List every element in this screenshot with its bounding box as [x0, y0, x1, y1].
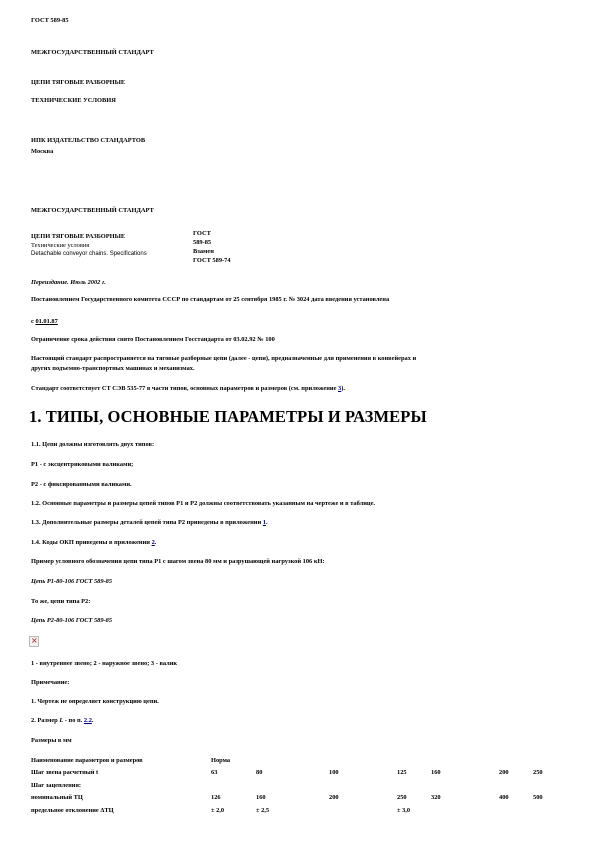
- decree-text: Постановлением Государственного комитета…: [31, 297, 389, 303]
- figure-caption: 1 - внутреннее звено; 2 - наружное звено…: [31, 661, 177, 667]
- note-2-mid: - по п.: [63, 717, 84, 724]
- table-cell: 160: [256, 795, 266, 801]
- table-cell: 400: [499, 795, 509, 801]
- title-block-title-ru: ЦЕПИ ТЯГОВЫЕ РАЗБОРНЫЕ: [31, 233, 125, 240]
- para-1-1: 1.1. Цепи должны изготовлять двух типов:: [31, 442, 154, 448]
- publisher: ИПК ИЗДАТЕЛЬСТВО СТАНДАРТОВ: [31, 138, 145, 144]
- table-cell: 80: [256, 770, 262, 776]
- units-note: Размеры в мм: [31, 738, 72, 744]
- title-block-gost-label: ГОСТ: [193, 230, 211, 237]
- para-1-2: 1.2. Основные параметры и размеры цепей …: [31, 501, 375, 507]
- scope-line-1: Настоящий стандарт распространяется на т…: [31, 356, 416, 362]
- para-1-3-suffix: .: [266, 519, 268, 526]
- compliance-prefix: Стандарт соответствует СТ СЭВ 535-77 в ч…: [31, 385, 338, 392]
- table-row-label: Шаг звена расчетный t: [31, 770, 98, 776]
- title-block-title-en: Detachable conveyor chains. Specificatio…: [31, 251, 147, 257]
- table-cell: ± 2,5: [256, 808, 269, 814]
- table-cell: 250: [533, 770, 543, 776]
- table-cell: 200: [329, 795, 339, 801]
- note-2-prefix: 2. Размер: [31, 717, 59, 724]
- broken-image-icon: ×: [29, 636, 39, 647]
- type-p2: Р2 - с фиксированными валиками.: [31, 482, 132, 488]
- para-1-3-text: 1.3. Дополнительные размеры деталей цепе…: [31, 519, 263, 526]
- example-designation-p2: Цепь Р2-80-106 ГОСТ 589-85: [31, 618, 112, 624]
- same-for-p2: То же, цепи типа Р2:: [31, 599, 90, 605]
- para-1-3: 1.3. Дополнительные размеры деталей цепе…: [31, 520, 268, 526]
- table-cell: 125: [397, 770, 407, 776]
- title-block-gost-number: 589-85: [193, 239, 211, 246]
- table-cell: 200: [499, 770, 509, 776]
- title-block-replaces-label: Взамен: [193, 248, 214, 255]
- note-1: 1. Чертеж не определяет конструкцию цепи…: [31, 699, 159, 705]
- table-row-label: Шаг зацепления:: [31, 783, 81, 789]
- table-cell: 63: [211, 770, 217, 776]
- title-block-standard-type: МЕЖГОСУДАРСТВЕННЫЙ СТАНДАРТ: [31, 208, 154, 214]
- type-p1: Р1 - с эксцентриковыми валиками;: [31, 462, 133, 468]
- note-2: 2. Размер L - по п. 2.2.: [31, 718, 94, 724]
- document-title: ЦЕПИ ТЯГОВЫЕ РАЗБОРНЫЕ: [31, 80, 125, 86]
- clause-2-2-link[interactable]: 2.2: [84, 717, 92, 724]
- broken-image-x-icon: ×: [31, 636, 38, 645]
- table-header-parameter: Наименование параметров и размеров: [31, 758, 143, 764]
- compliance-suffix: ).: [341, 385, 345, 392]
- table-cell: 100: [329, 770, 339, 776]
- table-cell: 320: [431, 795, 441, 801]
- table-cell: 160: [431, 770, 441, 776]
- para-1-4: 1.4. Коды ОКП приведены в приложении 2.: [31, 540, 156, 546]
- gost-number: ГОСТ 589-85: [31, 18, 69, 24]
- compliance-text: Стандарт соответствует СТ СЭВ 535-77 в ч…: [31, 386, 345, 392]
- effective-date-value: 01.01.87: [35, 318, 57, 325]
- table-cell: ± 2,0: [211, 808, 224, 814]
- standard-type: МЕЖГОСУДАРСТВЕННЫЙ СТАНДАРТ: [31, 50, 154, 56]
- title-block-subtitle-ru: Технические условия: [31, 242, 89, 249]
- notes-title: Примечание:: [31, 680, 69, 686]
- scope-line-2: других подъемно-транспортных машинах и м…: [31, 366, 195, 372]
- example-designation-p1: Цепь Р1-80-106 ГОСТ 589-85: [31, 579, 112, 585]
- document-subtitle: ТЕХНИЧЕСКИЕ УСЛОВИЯ: [31, 98, 116, 104]
- table-cell: 250: [397, 795, 407, 801]
- figure-caption-text: 1 - внутреннее звено; 2 - наружное звено…: [31, 660, 177, 667]
- title-block-replaces: ГОСТ 589-74: [193, 257, 231, 264]
- city: Москва: [31, 149, 53, 155]
- table-row-label: номинальный ТЦ: [31, 795, 83, 801]
- effective-date: с 01.01.87: [31, 319, 58, 325]
- table-row-label: предельное отклонение ΔТЦ: [31, 808, 114, 814]
- table-cell: ± 3,0: [397, 808, 410, 814]
- limitation-text: Ограничение срока действия снято Постано…: [31, 337, 275, 343]
- para-1-4-suffix: .: [155, 539, 157, 546]
- section-heading: 1. ТИПЫ, ОСНОВНЫЕ ПАРАМЕТРЫ И РАЗМЕРЫ: [29, 409, 427, 426]
- para-1-4-text: 1.4. Коды ОКП приведены в приложении: [31, 539, 152, 546]
- table-cell: 500: [533, 795, 543, 801]
- table-cell: 126: [211, 795, 221, 801]
- table-header-norm: Норма: [211, 758, 230, 764]
- note-2-suffix: .: [92, 717, 94, 724]
- reissue-note: Переиздание. Июль 2002 г.: [31, 280, 106, 286]
- example-intro: Пример условного обозначения цепи типа Р…: [31, 559, 325, 565]
